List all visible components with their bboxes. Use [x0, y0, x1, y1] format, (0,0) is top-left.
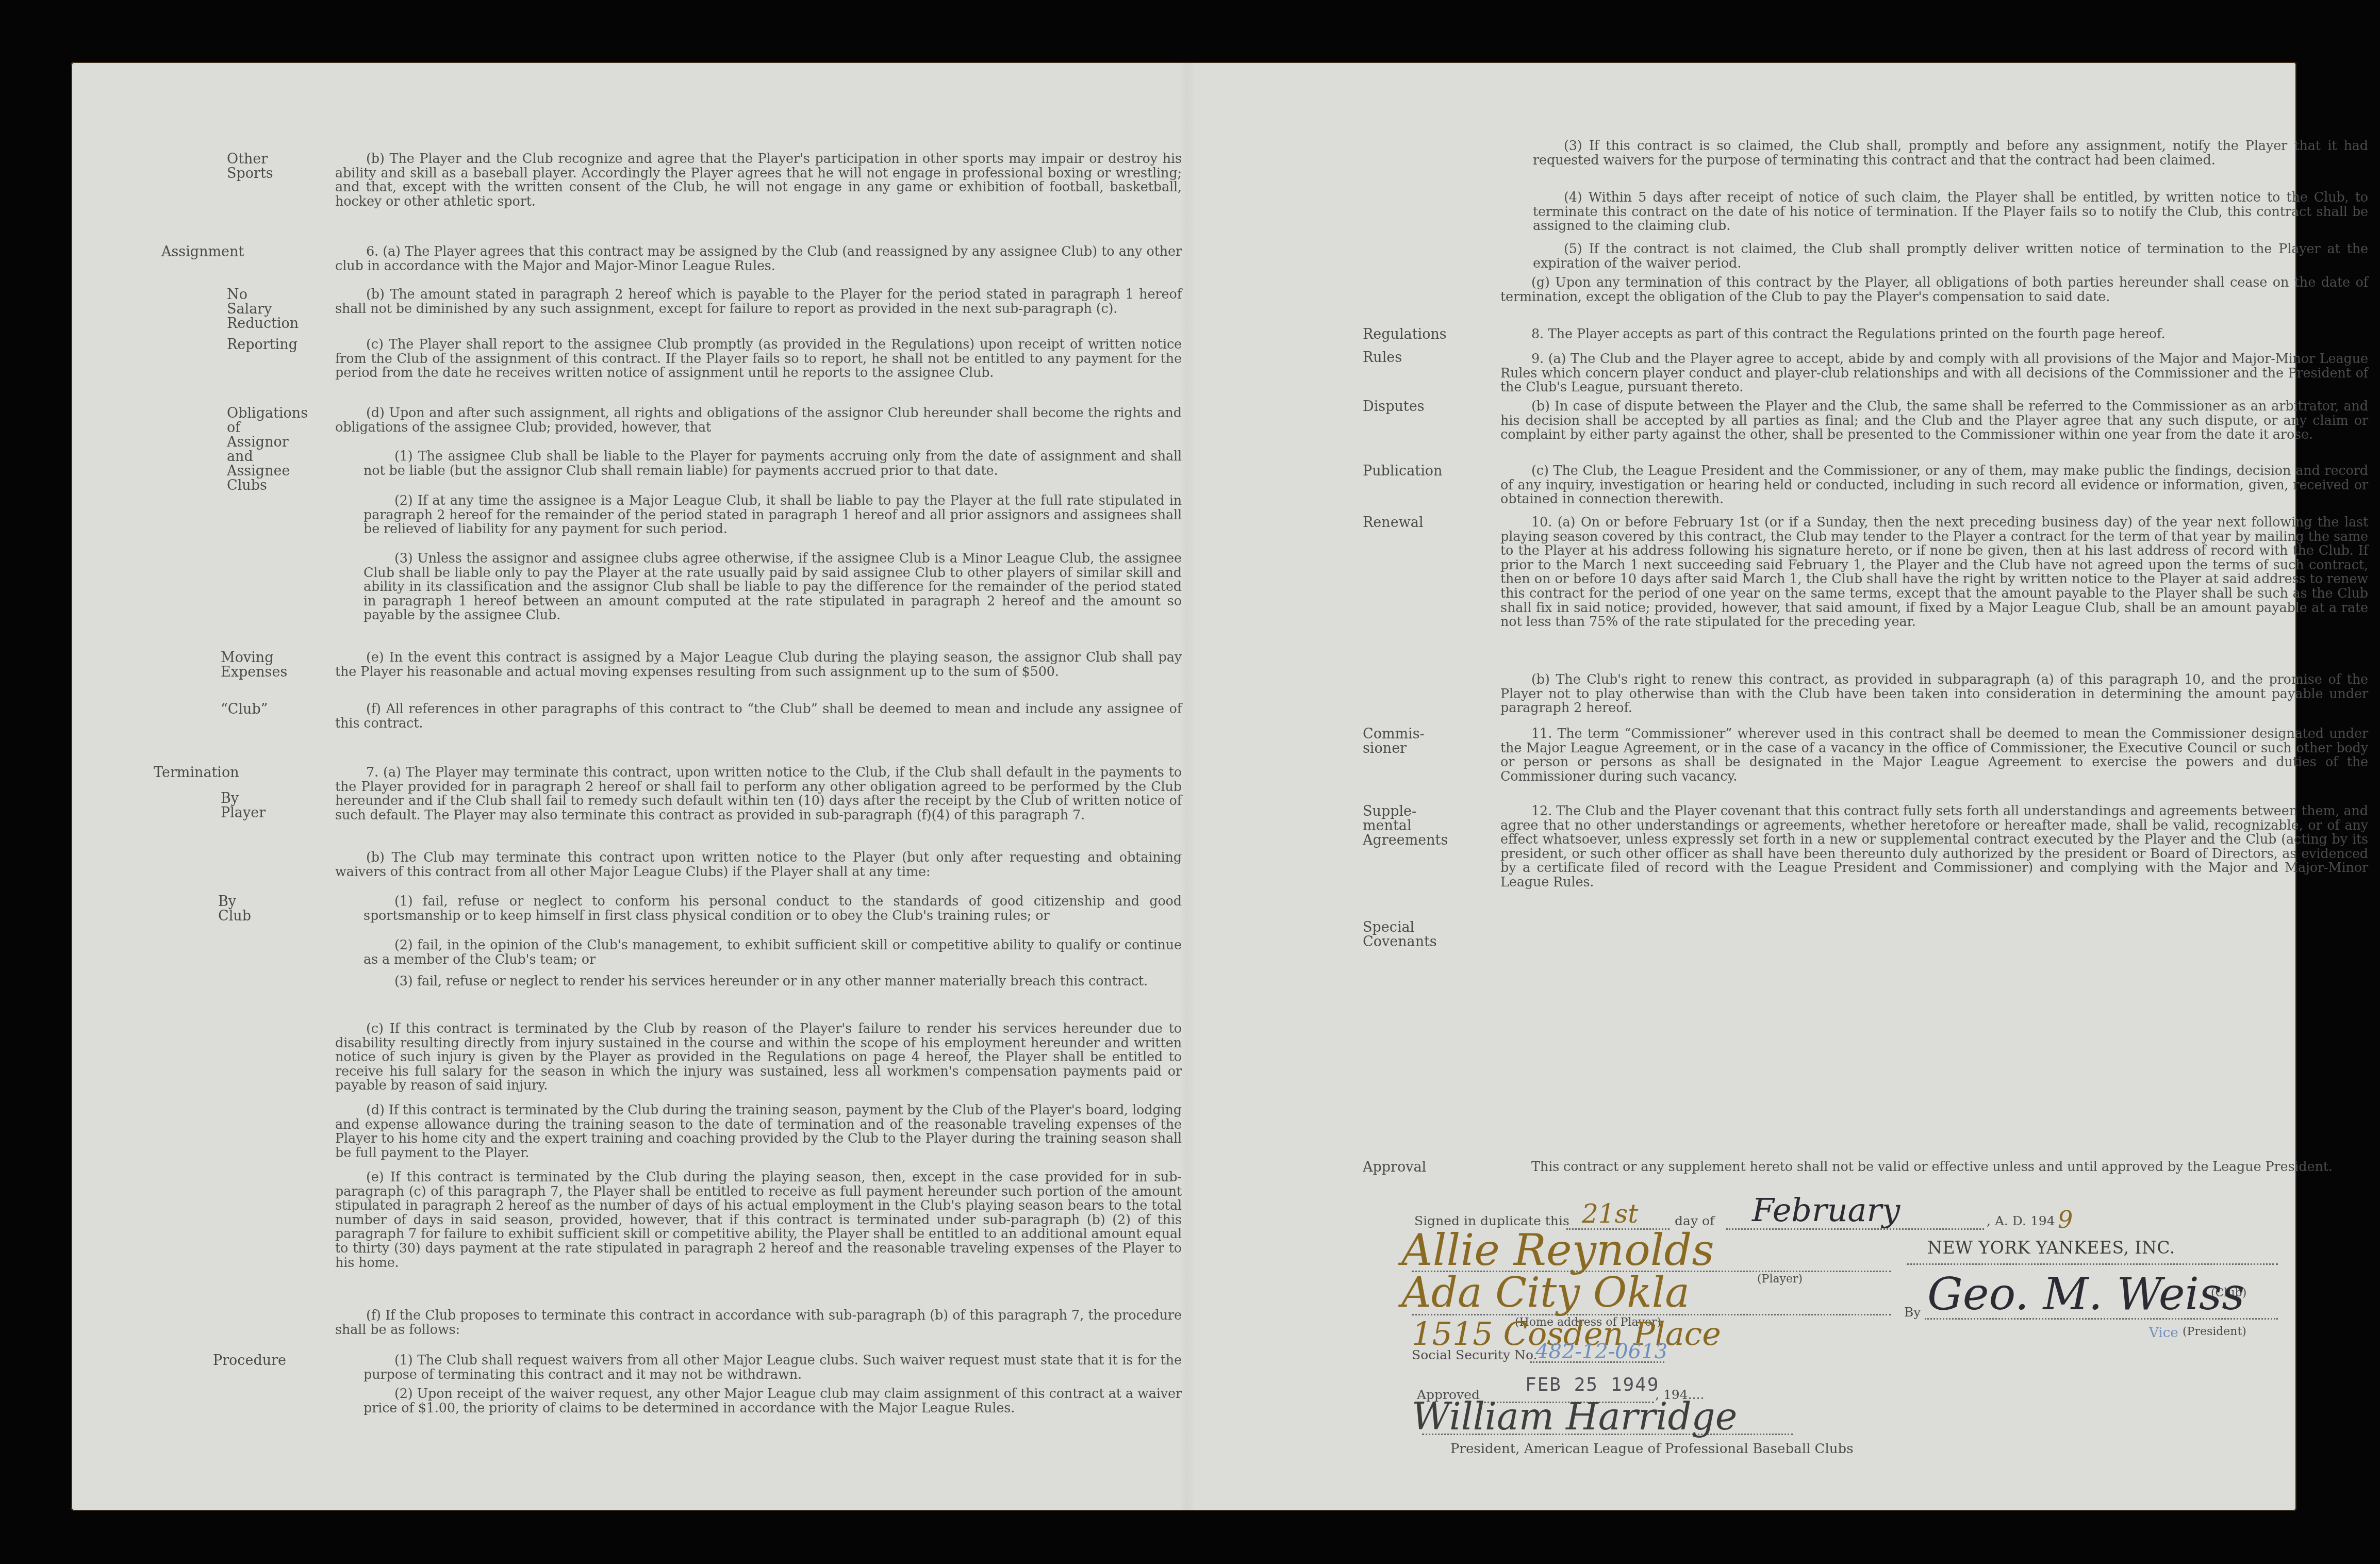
left-paragraph: (b) The Player and the Club recognize an… [335, 152, 1182, 209]
by-label: By [1904, 1305, 1921, 1320]
right-paragraph: (g) Upon any termination of this contrac… [1500, 276, 2368, 304]
left-paragraph: (d) If this contract is terminated by th… [335, 1104, 1182, 1160]
left-margin-label: Obligations of Assignor and Assignee Clu… [227, 406, 308, 493]
left-paragraph: (f) All references in other paragraphs o… [335, 702, 1182, 731]
right-paragraph: This contract or any supplement hereto s… [1500, 1160, 2368, 1175]
paragraph-text: 9. (a) The Club and the Player agree to … [1500, 351, 2368, 395]
left-paragraph: 7. (a) The Player may terminate this con… [335, 766, 1182, 822]
right-paragraph: 11. The term “Commissioner” wherever use… [1500, 727, 2368, 784]
paragraph-text: 8. The Player accepts as part of this co… [1531, 326, 2165, 342]
paragraph-text: (b) The Club's right to renew this contr… [1500, 672, 2368, 716]
right-paragraph: (b) The Club's right to renew this contr… [1500, 673, 2368, 716]
paragraph-text: (c) If this contract is terminated by th… [335, 1021, 1182, 1093]
left-margin-label: Reporting [227, 338, 297, 352]
right-margin-label: Disputes [1363, 400, 1425, 414]
right-paragraph: 9. (a) The Club and the Player agree to … [1500, 352, 2368, 395]
paragraph-text: (5) If the contract is not claimed, the … [1533, 241, 2368, 271]
right-margin-label: Approval [1363, 1160, 1426, 1175]
left-paragraph: (3) Unless the assignor and assignee clu… [363, 552, 1182, 623]
paragraph-text: 6. (a) The Player agrees that this contr… [335, 244, 1182, 274]
paragraph-text: (e) In the event this contract is assign… [335, 650, 1182, 680]
club-officer-signature: Geo. M. Weiss [1927, 1269, 2244, 1320]
right-paragraph: (c) The Club, the League President and t… [1500, 464, 2368, 507]
left-margin-label: Termination [154, 766, 239, 780]
left-margin-label: Procedure [213, 1354, 286, 1368]
right-paragraph: 12. The Club and the Player covenant tha… [1500, 804, 2368, 890]
right-margin-label: Regulations [1363, 327, 1447, 342]
right-paragraph: (4) Within 5 days after receipt of notic… [1533, 191, 2368, 234]
paragraph-text: 10. (a) On or before February 1st (or if… [1500, 515, 2368, 630]
right-paragraph: (b) In case of dispute between the Playe… [1500, 400, 2368, 442]
left-paragraph: 6. (a) The Player agrees that this contr… [335, 245, 1182, 273]
paragraph-text: (b) In case of dispute between the Playe… [1500, 399, 2368, 442]
left-paragraph: (1) The Club shall request waivers from … [363, 1354, 1182, 1382]
paragraph-text: (d) Upon and after such assignment, all … [335, 405, 1182, 435]
paragraph-text: (3) If this contract is so claimed, the … [1533, 138, 2368, 168]
paragraph-text: 12. The Club and the Player covenant tha… [1500, 803, 2368, 890]
paragraph-text: (e) If this contract is terminated by th… [335, 1170, 1182, 1271]
right-margin-label: Special Covenants [1363, 920, 1437, 949]
ad-label: , A. D. 194 [1987, 1213, 2055, 1228]
left-paragraph: (d) Upon and after such assignment, all … [335, 406, 1182, 435]
paragraph-text: (1) The Club shall request waivers from … [363, 1353, 1182, 1382]
paragraph-text: 7. (a) The Player may terminate this con… [335, 765, 1182, 823]
paragraph-text: (b) The amount stated in paragraph 2 her… [335, 287, 1182, 317]
right-margin-label: Supple- mental Agreements [1363, 804, 1448, 848]
month-handwritten: February [1752, 1191, 1900, 1229]
left-margin-sublabel: By Player [221, 792, 266, 820]
paragraph-text: (2) Upon receipt of the waiver request, … [363, 1386, 1182, 1416]
paragraph-text: (c) The Player shall report to the assig… [335, 337, 1182, 381]
club-line [1907, 1263, 2278, 1265]
league-president-signature: William Harridge [1412, 1395, 1737, 1438]
left-paragraph: (e) If this contract is terminated by th… [335, 1171, 1182, 1270]
home-address-handwritten-1: Ada City Okla [1401, 1269, 1690, 1316]
contract-sheet: Other Sports(b) The Player and the Club … [71, 62, 2296, 1511]
left-paragraph: (2) Upon receipt of the waiver request, … [363, 1387, 1182, 1415]
paragraph-text: (2) If at any time the assignee is a Maj… [363, 493, 1182, 537]
left-margin-label: No Salary Reduction [227, 288, 299, 331]
left-paragraph: (c) The Player shall report to the assig… [335, 338, 1182, 381]
right-paragraph: 8. The Player accepts as part of this co… [1500, 327, 2368, 342]
ssn-label: Social Security No. [1412, 1347, 1538, 1362]
approved-date-stamp: FEB 25 1949 [1525, 1374, 1659, 1395]
left-paragraph: (2) fail, in the opinion of the Club's m… [363, 939, 1182, 967]
officer-caption: (President) [2183, 1325, 2246, 1338]
paragraph-text: (c) The Club, the League President and t… [1500, 463, 2368, 507]
right-margin-label: Commis- sioner [1363, 727, 1425, 756]
paragraph-text: (f) If the Club proposes to terminate th… [335, 1308, 1182, 1338]
left-paragraph: (e) In the event this contract is assign… [335, 651, 1182, 679]
left-paragraph: (c) If this contract is terminated by th… [335, 1022, 1182, 1093]
paragraph-text: (1) fail, refuse or neglect to conform h… [363, 894, 1182, 924]
left-paragraph: (1) The assignee Club shall be liable to… [363, 450, 1182, 478]
paragraph-text: 11. The term “Commissioner” wherever use… [1500, 726, 2368, 784]
left-margin-label: “Club” [221, 702, 268, 717]
left-margin-label: Moving Expenses [221, 651, 287, 680]
paragraph-text: (b) The Player and the Club recognize an… [335, 151, 1182, 209]
player-caption: (Player) [1757, 1273, 1803, 1286]
paragraph-text: This contract or any supplement hereto s… [1531, 1159, 2333, 1175]
left-margin-label: Other Sports [227, 152, 273, 181]
left-margin-label: Assignment [161, 245, 244, 259]
right-margin-label: Publication [1363, 464, 1442, 479]
paragraph-text: (f) All references in other paragraphs o… [335, 701, 1182, 731]
paragraph-text: (3) Unless the assignor and assignee clu… [363, 551, 1182, 623]
right-margin-label: Rules [1363, 351, 1402, 365]
left-paragraph: (2) If at any time the assignee is a Maj… [363, 494, 1182, 537]
ssn-handwritten: 482-12-0613 [1535, 1340, 1667, 1363]
left-paragraph: (1) fail, refuse or neglect to conform h… [363, 895, 1182, 923]
left-paragraph: (3) fail, refuse or neglect to render hi… [363, 975, 1182, 989]
paragraph-text: (g) Upon any termination of this contrac… [1500, 275, 2368, 305]
league-president-caption: President, American League of Profession… [1450, 1441, 1853, 1457]
right-margin-label: Renewal [1363, 516, 1424, 530]
paragraph-text: (4) Within 5 days after receipt of notic… [1533, 190, 2368, 234]
officer-title-handwritten: Vice [2149, 1325, 2178, 1341]
right-paragraph: (3) If this contract is so claimed, the … [1533, 139, 2368, 168]
player-signature: Allie Reynolds [1401, 1225, 1714, 1275]
left-paragraph: (f) If the Club proposes to terminate th… [335, 1309, 1182, 1337]
paragraph-text: (1) The assignee Club shall be liable to… [363, 449, 1182, 479]
left-paragraph: (b) The Club may terminate this contract… [335, 851, 1182, 879]
right-paragraph: (5) If the contract is not claimed, the … [1533, 242, 2368, 271]
year-digit-handwritten: 9 [2058, 1206, 2073, 1233]
paragraph-text: (3) fail, refuse or neglect to render hi… [394, 974, 1148, 989]
club-name: NEW YORK YANKEES, INC. [1927, 1238, 2175, 1258]
paragraph-text: (d) If this contract is terminated by th… [335, 1102, 1182, 1161]
right-paragraph: 10. (a) On or before February 1st (or if… [1500, 516, 2368, 630]
left-paragraph: (b) The amount stated in paragraph 2 her… [335, 288, 1182, 316]
paragraph-text: (2) fail, in the opinion of the Club's m… [363, 937, 1182, 967]
paragraph-text: (b) The Club may terminate this contract… [335, 850, 1182, 880]
left-margin-label: By Club [218, 895, 251, 924]
